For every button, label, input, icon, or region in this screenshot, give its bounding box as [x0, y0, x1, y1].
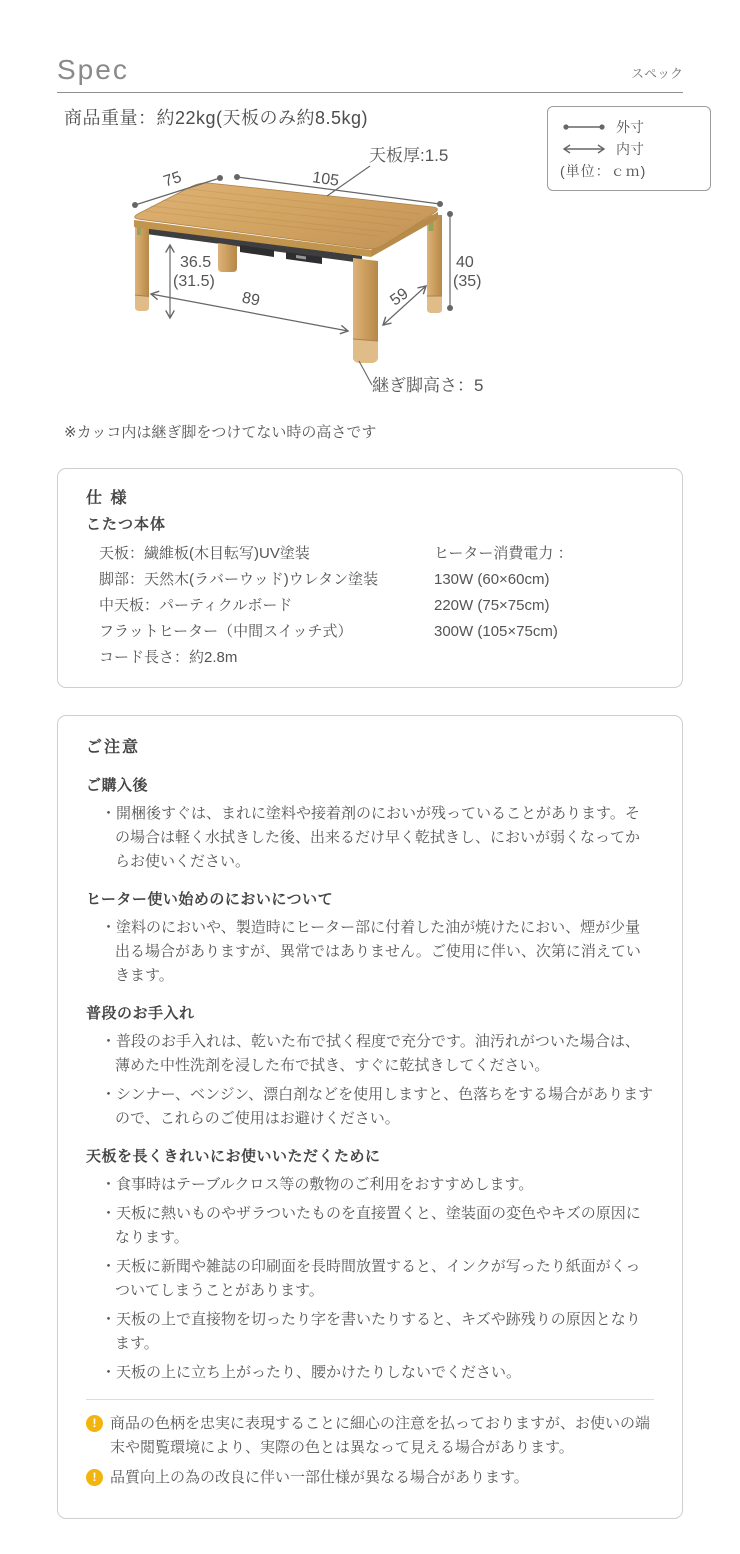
dim-leg-extension-label: 継ぎ脚高さ：5	[372, 376, 483, 395]
spec-columns: 天板：繊維板(木目転写)UV塗装 脚部：天然木(ラバーウッド)ウレタン塗装 中天…	[86, 541, 654, 671]
dim-top-thickness-label: 天板厚:1.5	[369, 146, 448, 165]
caution-bullet: 食事時はテーブルクロス等の敷物のご利用をおすすめします。	[86, 1173, 654, 1197]
alert-icon: !	[86, 1415, 103, 1432]
spec-box-title: 仕 様	[86, 487, 654, 511]
table-front-right-leg	[353, 258, 378, 363]
dim-leg-extension: 継ぎ脚高さ：5	[359, 361, 483, 395]
spec-item: フラットヒーター（中間スイッチ式）	[86, 619, 434, 645]
caution-section-heading: ヒーター使い始めのにおいについて	[86, 888, 654, 912]
spec-item: 300W (105×75cm)	[434, 619, 654, 645]
product-weight-text: 商品重量：約22kg(天板のみ約8.5kg)	[64, 104, 368, 130]
caution-box-title: ご注意	[86, 736, 654, 760]
dim-height-outer: 40 (35)	[450, 214, 481, 308]
caution-bullet: 普段のお手入れは、乾いた布で拭く程度で充分です。油汚れがついた場合は、薄めた中性…	[86, 1030, 654, 1078]
spec-item: 脚部：天然木(ラバーウッド)ウレタン塗装	[86, 567, 434, 593]
spec-item: ヒーター消費電力 ：	[434, 541, 654, 567]
dim-height-inner: 36.5 (31.5)	[170, 245, 215, 318]
color-disclaimer-notice: ! 商品の色柄を忠実に表現することに細心の注意を払っておりますが、お使いの端末や…	[86, 1412, 654, 1460]
dim-top-thickness: 天板厚:1.5	[327, 146, 448, 196]
caution-section-heading: 天板を長くきれいにお使いいただくために	[86, 1145, 654, 1169]
dim-height-inner-label: 36.5	[180, 254, 211, 271]
product-spec-page: Spec スペック 商品重量：約22kg(天板のみ約8.5kg) 外寸 内寸 (…	[0, 0, 740, 1554]
dim-width-inner: 89	[151, 290, 348, 331]
caution-bullet: 塗料のにおいや、製造時にヒーター部に付着した油が焼けたにおい、煙が少量出る場合が…	[86, 916, 654, 988]
spec-change-notice: ! 品質向上の為の改良に伴い一部仕様が異なる場合があります。	[86, 1466, 654, 1490]
table-front-left-leg	[135, 223, 149, 311]
table-dimension-diagram: 75 105 天板厚:1.5 40 (35) 36.5 (31.5) 89	[90, 133, 550, 415]
spec-item: 130W (60×60cm)	[434, 567, 654, 593]
caution-section-after-purchase: ご購入後 開梱後すぐは、まれに塗料や接着剤のにおいが残っていることがあります。そ…	[86, 774, 654, 874]
dim-depth-inner: 59	[383, 285, 426, 325]
caution-section-heading: ご購入後	[86, 774, 654, 798]
caution-bullet: 天板に新聞や雑誌の印刷面を長時間放置すると、インクが写ったり紙面がくっついてしま…	[86, 1255, 654, 1303]
caution-bullet: 開梱後すぐは、まれに塗料や接着剤のにおいが残っていることがあります。その場合は軽…	[86, 802, 654, 874]
caution-section-heading: 普段のお手入れ	[86, 1002, 654, 1026]
spec-column-right: ヒーター消費電力 ： 130W (60×60cm) 220W (75×75cm)…	[434, 541, 654, 671]
alert-icon: !	[86, 1469, 103, 1486]
dim-depth-inner-label: 59	[387, 285, 411, 309]
dim-width-outer-label: 105	[311, 169, 340, 190]
outer-dimension-icon	[560, 121, 608, 133]
legend-inner-label: 内寸	[616, 139, 644, 159]
dim-height-inner-alt-label: (31.5)	[173, 273, 215, 290]
dim-height-outer-label: 40	[456, 254, 474, 271]
table-back-right-leg	[427, 215, 442, 313]
spec-item: 中天板：パーティクルボード	[86, 593, 434, 619]
spec-item: 天板：繊維板(木目転写)UV塗装	[86, 541, 434, 567]
legend-outer-label: 外寸	[616, 117, 644, 137]
spec-box: 仕 様 こたつ本体 天板：繊維板(木目転写)UV塗装 脚部：天然木(ラバーウッド…	[57, 468, 683, 688]
dim-depth-outer-label: 75	[162, 169, 184, 191]
diagram-note: ※カッコ内は継ぎ脚をつけてない時の高さです	[64, 421, 376, 442]
spec-box-subtitle: こたつ本体	[86, 513, 654, 537]
caution-divider	[86, 1399, 654, 1400]
inner-dimension-icon	[560, 143, 608, 155]
spec-item: 220W (75×75cm)	[434, 593, 654, 619]
caution-section-daily-care: 普段のお手入れ 普段のお手入れは、乾いた布で拭く程度で充分です。油汚れがついた場…	[86, 1002, 654, 1131]
legend-unit-label: (単位：ｃｍ)	[560, 160, 698, 182]
section-header: Spec スペック	[57, 56, 683, 93]
dim-width-inner-label: 89	[241, 290, 262, 310]
dim-height-outer-alt-label: (35)	[453, 273, 481, 290]
dimension-legend-box: 外寸 内寸 (単位：ｃｍ)	[547, 106, 711, 191]
caution-box: ご注意 ご購入後 開梱後すぐは、まれに塗料や接着剤のにおいが残っていることがあり…	[57, 715, 683, 1519]
spec-item: コード長さ：約2.8m	[86, 645, 434, 671]
tabletop-surface	[135, 183, 438, 249]
page-title: Spec	[57, 56, 129, 84]
caution-bullet: 天板の上で直接物を切ったり字を書いたりすると、キズや跡残りの原因となります。	[86, 1308, 654, 1356]
caution-bullet: 天板の上に立ち上がったり、腰かけたりしないでください。	[86, 1361, 654, 1385]
caution-section-tabletop-care: 天板を長くきれいにお使いいただくために 食事時はテーブルクロス等の敷物のご利用を…	[86, 1145, 654, 1385]
leg-hinge-detail	[137, 227, 141, 235]
page-subtitle: スペック	[631, 63, 683, 84]
legend-row-outer: 外寸	[560, 116, 698, 138]
caution-bullet: 天板に熱いものやザラついたものを直接置くと、塗装面の変色やキズの原因になります。	[86, 1202, 654, 1250]
caution-section-heater-smell: ヒーター使い始めのにおいについて 塗料のにおいや、製造時にヒーター部に付着した油…	[86, 888, 654, 988]
spec-column-left: 天板：繊維板(木目転写)UV塗装 脚部：天然木(ラバーウッド)ウレタン塗装 中天…	[86, 541, 434, 671]
notice-text: 商品の色柄を忠実に表現することに細心の注意を払っておりますが、お使いの端末や閲覧…	[110, 1412, 654, 1460]
legend-row-inner: 内寸	[560, 138, 698, 160]
table-middle-leg	[218, 243, 237, 272]
notice-text: 品質向上の為の改良に伴い一部仕様が異なる場合があります。	[110, 1466, 529, 1490]
caution-bullet: シンナー、ベンジン、漂白剤などを使用しますと、色落ちをする場合がありますので、こ…	[86, 1083, 654, 1131]
